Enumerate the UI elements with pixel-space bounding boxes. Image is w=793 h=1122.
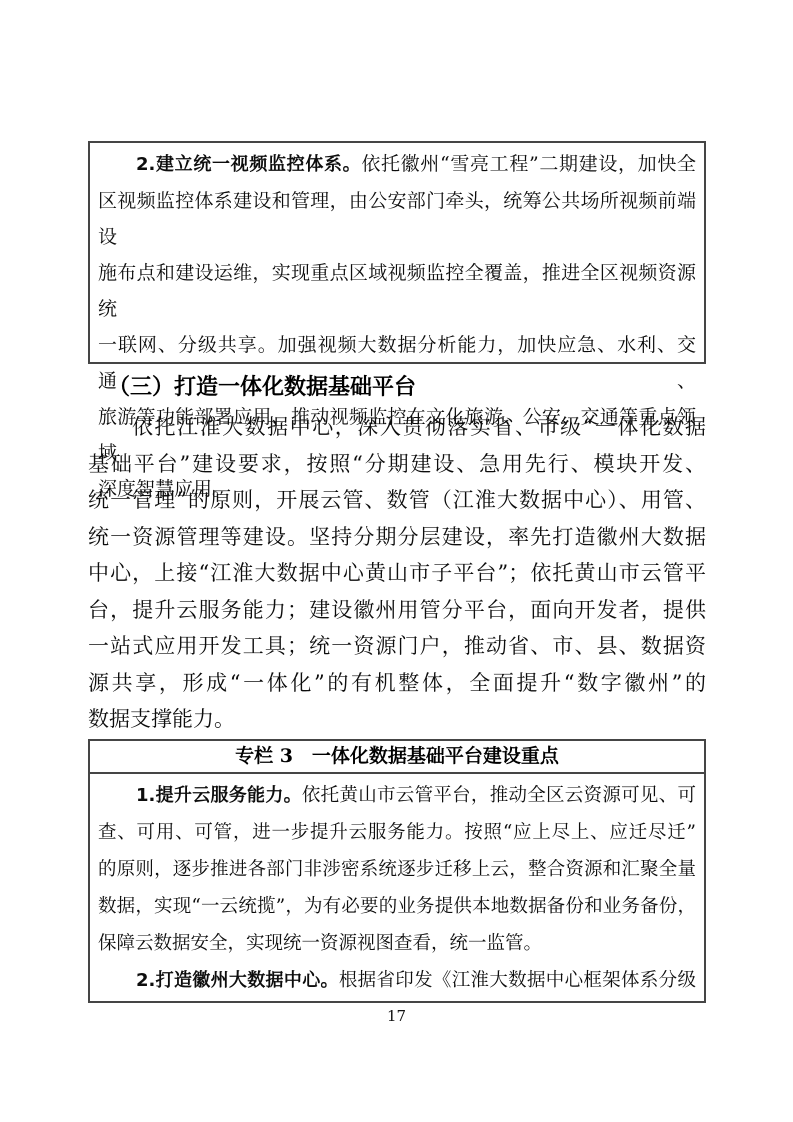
box2-line-text: 根据省印发《江淮大数据中心框架体系分级 (339, 970, 696, 991)
box1-line-bold-lead: 2.建立统一视频监控体系。 (136, 154, 361, 175)
box1-line: 区视频监控体系建设和管理，由公安部门牵头，统筹公共场所视频前端设 (98, 183, 696, 255)
box2-line-text: 数据，实现“一云统揽”，为有必要的业务提供本地数据备份和业务备份， (98, 896, 696, 917)
paragraph-line: 基础平台”建设要求，按照“分期建设、急用先行、模块开发、 (88, 446, 706, 483)
box1-line: 施布点和建设运维，实现重点区域视频监控全覆盖，推进全区视频资源统 (98, 255, 696, 327)
box2-line: 2.打造徽州大数据中心。根据省印发《江淮大数据中心框架体系分级 (98, 962, 696, 999)
paragraph-line: 一站式应用开发工具；统一资源门户，推动省、市、县、数据资 (88, 628, 706, 665)
box2-line-text: 保障云数据安全，实现统一资源视图查看，统一监管。 (98, 933, 542, 954)
column3-box-title: 专栏 3 一体化数据基础平台建设重点 (90, 741, 704, 774)
box1-line-text: 依托徽州“雪亮工程”二期建设，加快全 (361, 153, 696, 175)
box2-line-text: 依托黄山市云管平台，推动全区云资源可见、可 (302, 785, 696, 806)
paragraph-line: 依托江淮大数据中心，深入贯彻落实省、市级“一体化数据 (88, 409, 706, 446)
box2-line-bold-lead: 2.打造徽州大数据中心。 (136, 970, 339, 991)
box1-line-text: 区视频监控体系建设和管理，由公安部门牵头，统筹公共场所视频前端设 (98, 190, 696, 248)
video-surveillance-box: 2.建立统一视频监控体系。依托徽州“雪亮工程”二期建设，加快全 区视频监控体系建… (88, 141, 706, 364)
section-heading: （三）打造一体化数据基础平台 (88, 372, 726, 402)
box2-line-text: 的原则，逐步推进各部门非涉密系统逐步迁移上云，整合资源和汇聚全量 (98, 859, 696, 880)
box2-line: 查、可用、可管，进一步提升云服务能力。按照“应上尽上、应迁尽迁” (98, 814, 696, 851)
body-paragraph: 依托江淮大数据中心，深入贯彻落实省、市级“一体化数据 基础平台”建设要求，按照“… (88, 409, 706, 738)
paragraph-line: 统一资源管理等建设。坚持分期分层建设，率先打造徽州大数据 (88, 519, 706, 556)
box2-line: 1.提升云服务能力。依托黄山市云管平台，推动全区云资源可见、可 (98, 777, 696, 814)
box1-line-text: 施布点和建设运维，实现重点区域视频监控全覆盖，推进全区视频资源统 (98, 262, 696, 320)
box1-line: 2.建立统一视频监控体系。依托徽州“雪亮工程”二期建设，加快全 (98, 146, 696, 183)
paragraph-line: 源共享，形成“一体化”的有机整体，全面提升“数字徽州”的 (88, 665, 706, 702)
paragraph-line: 中心，上接“江淮大数据中心黄山市子平台”；依托黄山市云管平 (88, 555, 706, 592)
column3-box-body: 1.提升云服务能力。依托黄山市云管平台，推动全区云资源可见、可 查、可用、可管，… (90, 774, 704, 999)
paragraph-line: 台，提升云服务能力；建设徽州用管分平台，面向开发者，提供 (88, 592, 706, 629)
page-number: 17 (0, 1007, 793, 1025)
column3-data-platform-box: 专栏 3 一体化数据基础平台建设重点 1.提升云服务能力。依托黄山市云管平台，推… (88, 739, 706, 1003)
box2-line: 保障云数据安全，实现统一资源视图查看，统一监管。 (98, 925, 696, 962)
box2-line-bold-lead: 1.提升云服务能力。 (136, 785, 302, 806)
paragraph-line: 统一管理”的原则，开展云管、数管（江淮大数据中心）、用管、 (88, 482, 706, 519)
paragraph-line: 数据支撑能力。 (88, 701, 706, 738)
box2-line: 的原则，逐步推进各部门非涉密系统逐步迁移上云，整合资源和汇聚全量 (98, 851, 696, 888)
document-page: 2.建立统一视频监控体系。依托徽州“雪亮工程”二期建设，加快全 区视频监控体系建… (0, 0, 793, 1122)
box2-line: 数据，实现“一云统揽”，为有必要的业务提供本地数据备份和业务备份， (98, 888, 696, 925)
box2-line-text: 查、可用、可管，进一步提升云服务能力。按照“应上尽上、应迁尽迁” (98, 822, 696, 843)
